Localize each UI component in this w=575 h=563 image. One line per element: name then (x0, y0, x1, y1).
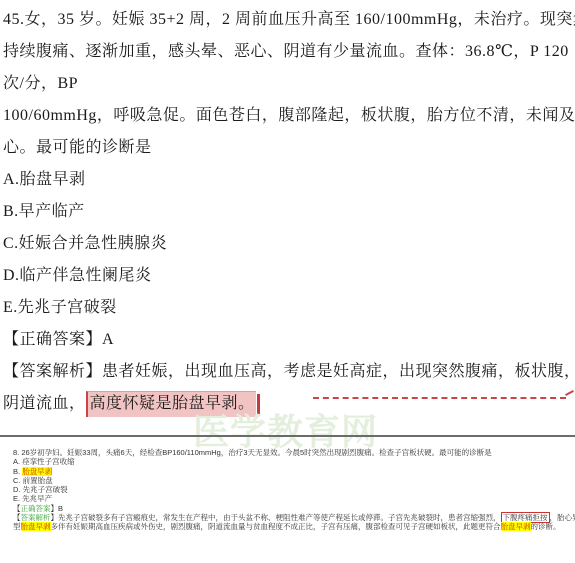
embedded-option-e-letter: E. (13, 494, 20, 503)
embedded-answer-value: B (58, 504, 63, 513)
document-page: 45.女，35 岁。妊娠 35+2 周，2 周前血压升高至 160/100mmH… (0, 0, 575, 563)
embedded-option-a: A. 痉挛性子宫收缩 (13, 457, 575, 466)
bracket-open: 【 (13, 513, 21, 522)
annotation-dashed-line (313, 397, 566, 399)
section-divider (0, 435, 575, 437)
embedded-analysis-text: ，胎心异常，可有少量阴道流血，腹部可见 (550, 513, 575, 522)
embedded-answer-line: 【正确答案】B (13, 504, 575, 513)
option-b: B.早产临产 (3, 196, 573, 228)
embedded-analysis-highlight-1: 胎盘早剥 (21, 522, 51, 531)
option-c: C.妊娠合并急性胰腺炎 (3, 228, 573, 260)
bracket-open: 【 (13, 504, 21, 513)
embedded-question: 8. 26岁初孕妇。妊娠33周，头痛6天，经检查BP160/110mmHg，治疗… (13, 448, 575, 457)
question-block: 45.女，35 岁。妊娠 35+2 周，2 周前血压升高至 160/100mmH… (0, 0, 575, 420)
embedded-option-b: B. 胎盘早剥 (13, 467, 575, 476)
bracket-close: 】 (51, 513, 59, 522)
embedded-analysis-line-2: 型胎盘早剥多伴有妊娠期高血压疾病或外伤史，剧烈腹痛，阴道流血量与贫血程度不成正比… (13, 522, 575, 531)
embedded-option-d-text: 先兆子宫破裂 (23, 485, 68, 494)
embedded-screenshot-block: 8. 26岁初孕妇。妊娠33周，头痛6天，经检查BP160/110mmHg，治疗… (13, 448, 575, 532)
option-a: A.胎盘早剥 (3, 164, 573, 196)
analysis-line-2-prefix: 阴道流血， (3, 395, 86, 412)
embedded-analysis-label: 答案解析 (21, 513, 51, 522)
embedded-analysis-line-1: 【答案解析】先兆子宫破裂多有子宫瘢痕史，常发生在产程中，由于头盆不称、梗阻性难产… (13, 513, 575, 522)
embedded-option-c-text: 前置胎盘 (23, 476, 53, 485)
question-line-2: 持续腹痛、逐渐加重，感头晕、恶心、阴道有少量流血。查体：36.8℃，P 120 (3, 36, 573, 68)
embedded-option-d: D. 先兆子宫破裂 (13, 485, 575, 494)
embedded-analysis-text: 型 (13, 522, 21, 531)
question-line-5: 心。最可能的诊断是 (3, 132, 573, 164)
question-line-3: 次/分，BP (3, 68, 573, 100)
question-line-1: 45.女，35 岁。妊娠 35+2 周，2 周前血压升高至 160/100mmH… (3, 4, 573, 36)
embedded-analysis-text: 多伴有妊娠期高血压疾病或外伤史，剧烈腹痛，阴道流血量与贫血程度不成正比，子宫有压… (51, 522, 501, 531)
question-line-4: 100/60mmHg，呼吸急促。面色苍白，腹部隆起，板状腹，胎方位不清，未闻及胎 (3, 100, 573, 132)
embedded-analysis-text: 先兆子宫破裂多有子宫瘢痕史，常发生在产程中，由于头盆不称、梗阻性难产等使产程延长… (58, 513, 501, 522)
embedded-answer-label: 正确答案 (21, 504, 51, 513)
analysis-line-1: 【答案解析】患者妊娠，出现血压高，考虑是妊高症，出现突然腹痛，板状腹， (3, 356, 573, 388)
embedded-option-b-letter: B. (13, 467, 20, 476)
embedded-analysis-highlight-2: 胎盘早剥 (501, 522, 531, 531)
embedded-option-c-letter: C. (13, 476, 21, 485)
option-d: D.临产伴急性阑尾炎 (3, 260, 573, 292)
embedded-option-a-letter: A. (13, 457, 20, 466)
option-e: E.先兆子宫破裂 (3, 292, 573, 324)
embedded-option-b-text-highlighted: 胎盘早剥 (22, 467, 52, 476)
bracket-close: 】 (51, 504, 59, 513)
embedded-option-a-text: 痉挛性子宫收缩 (22, 457, 75, 466)
embedded-option-e-text: 先兆早产 (22, 494, 52, 503)
correct-answer-line: 【正确答案】A (3, 324, 573, 356)
embedded-option-d-letter: D. (13, 485, 21, 494)
embedded-analysis-text: 的诊断。 (531, 522, 561, 531)
embedded-option-c: C. 前置胎盘 (13, 476, 575, 485)
embedded-option-e: E. 先兆早产 (13, 494, 575, 503)
